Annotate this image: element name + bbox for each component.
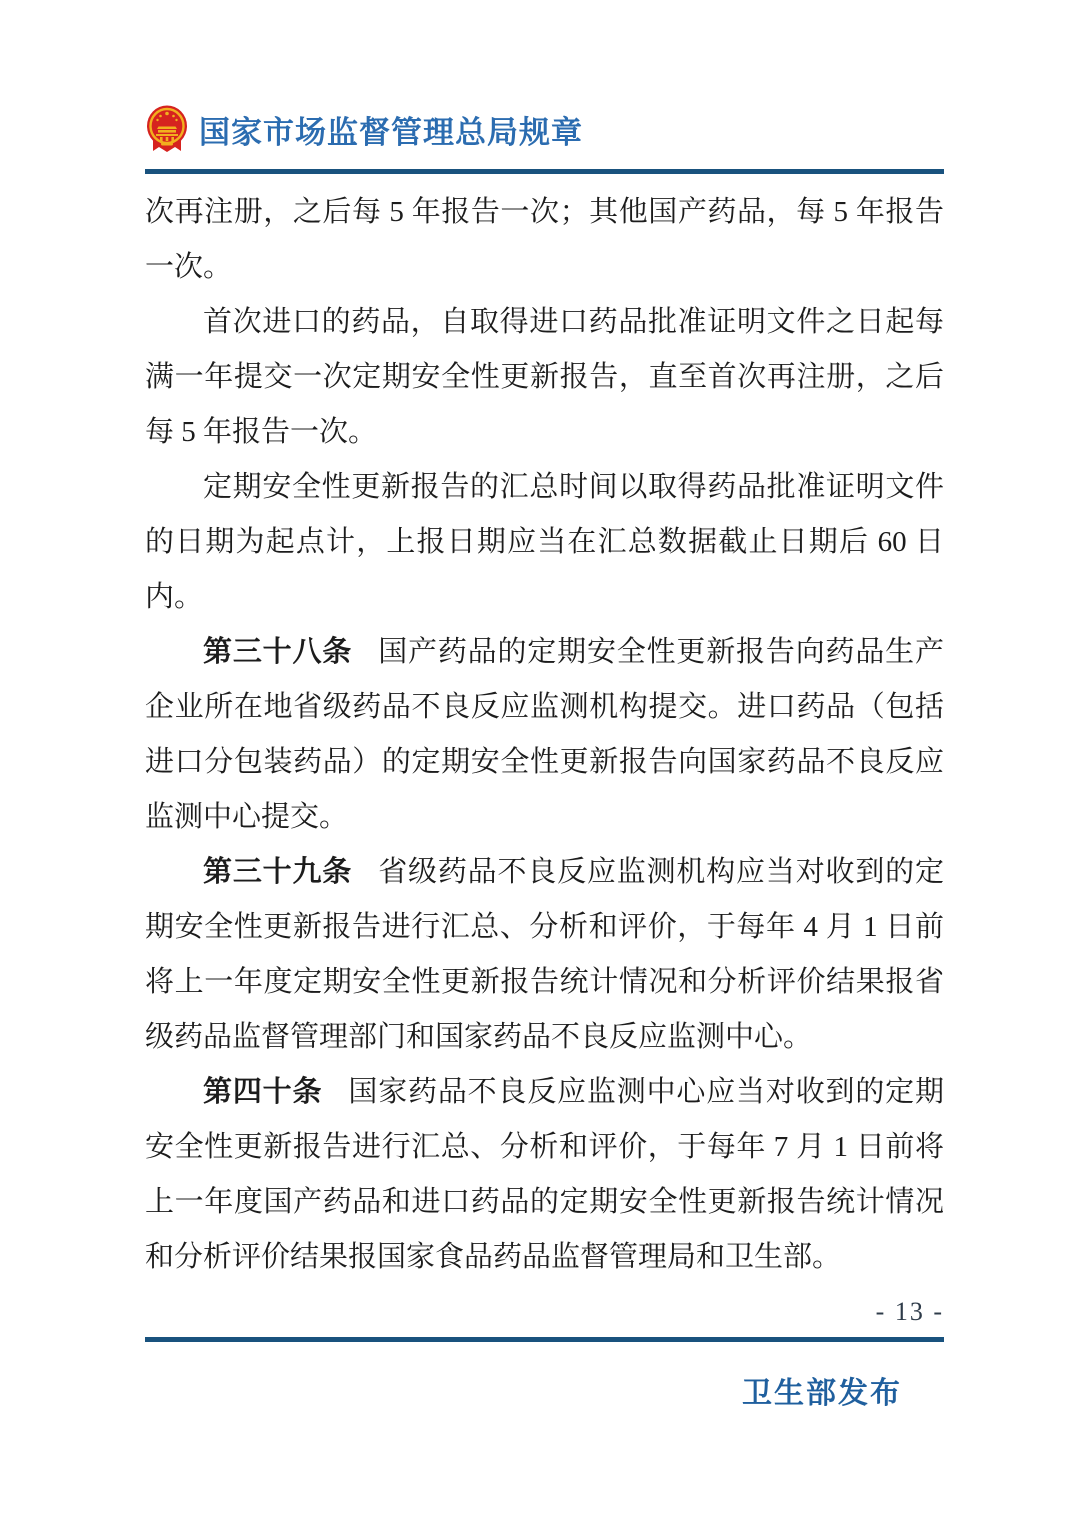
document-header: 国家市场监督管理总局规章 <box>145 104 944 154</box>
paragraph-text: 首次进口的药品，自取得进口药品批准证明文件之日起每满一年提交一次定期安全性更新报… <box>145 306 944 448</box>
document-page: 国家市场监督管理总局规章 次再注册，之后每 5 年报告一次；其他国产药品，每 5… <box>0 0 1074 1520</box>
article-number: 第三十八条 <box>203 636 352 668</box>
article-number: 第三十九条 <box>203 856 352 888</box>
footer-divider-line <box>145 1337 944 1342</box>
national-emblem-icon <box>145 105 189 153</box>
body-paragraph: 次再注册，之后每 5 年报告一次；其他国产药品，每 5 年报告一次。 <box>145 185 944 295</box>
paragraph-text: 定期安全性更新报告的汇总时间以取得药品批准证明文件的日期为起点计，上报日期应当在… <box>145 471 944 613</box>
paragraph-text: 次再注册，之后每 5 年报告一次；其他国产药品，每 5 年报告一次。 <box>145 196 944 283</box>
header-divider-line <box>145 169 944 174</box>
document-body: 次再注册，之后每 5 年报告一次；其他国产药品，每 5 年报告一次。首次进口的药… <box>145 185 944 1285</box>
article-number: 第四十条 <box>203 1076 322 1108</box>
body-paragraph: 定期安全性更新报告的汇总时间以取得药品批准证明文件的日期为起点计，上报日期应当在… <box>145 460 944 625</box>
publisher-label: 卫生部发布 <box>145 1368 944 1412</box>
document-header-title: 国家市场监督管理总局规章 <box>199 107 583 152</box>
body-paragraph: 第四十条国家药品不良反应监测中心应当对收到的定期安全性更新报告进行汇总、分析和评… <box>145 1065 944 1285</box>
body-paragraph: 第三十九条省级药品不良反应监测机构应当对收到的定期安全性更新报告进行汇总、分析和… <box>145 845 944 1065</box>
body-paragraph: 首次进口的药品，自取得进口药品批准证明文件之日起每满一年提交一次定期安全性更新报… <box>145 295 944 460</box>
page-number: - 13 - <box>145 1297 944 1327</box>
body-paragraph: 第三十八条国产药品的定期安全性更新报告向药品生产企业所在地省级药品不良反应监测机… <box>145 625 944 845</box>
